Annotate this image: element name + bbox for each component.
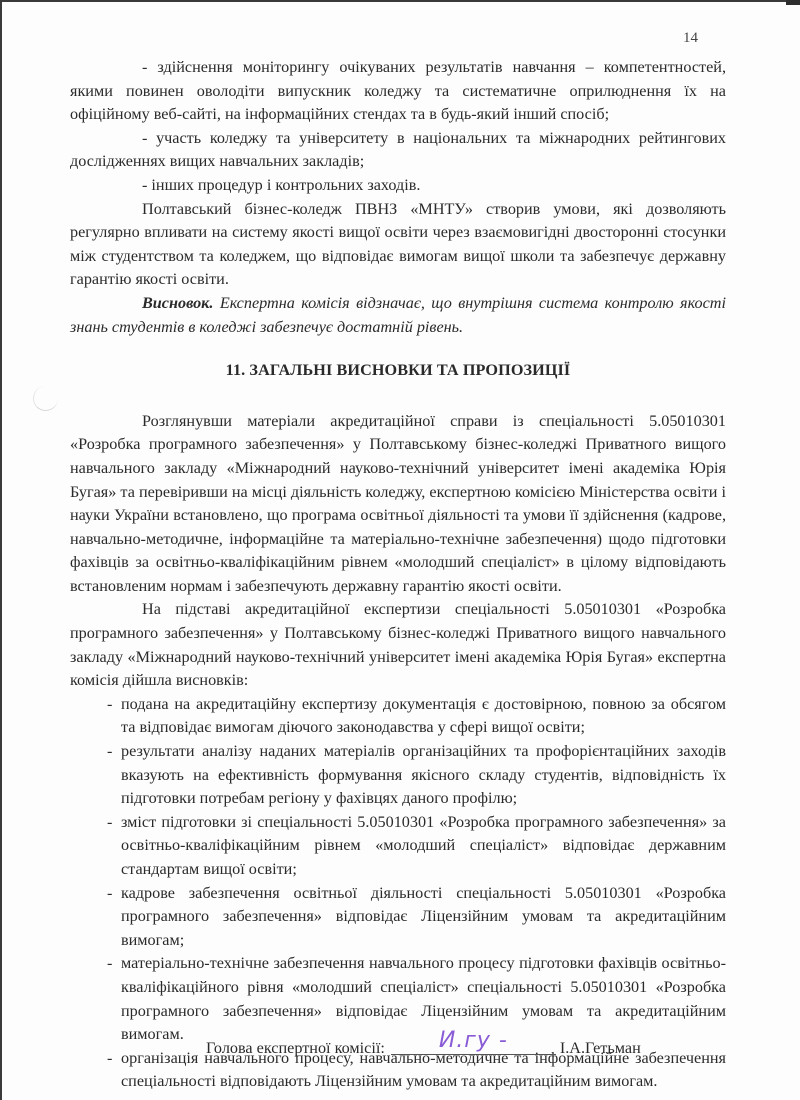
findings-list: -подана на акредитаційну експертизу доку… (70, 693, 726, 1094)
scan-edge-left (0, 0, 2, 1100)
conclusion-label: Висновок. (142, 294, 213, 312)
dash-bullet: - (107, 811, 112, 835)
signature-role-label: Голова експертної комісії: (206, 1039, 385, 1058)
handwritten-signature: И.гу - (439, 1028, 508, 1053)
college-paragraph: Полтавський бізнес-коледж ПВНЗ «МНТУ» ст… (70, 198, 726, 292)
section-heading: 11. ЗАГАЛЬНІ ВИСНОВКИ ТА ПРОПОЗИЦІЇ (70, 359, 726, 383)
scan-edge-top (0, 0, 800, 2)
document-page: 14 - здійснення моніторингу очікуваних р… (0, 0, 800, 1100)
finding-item: -зміст підготовки зі спеціальності 5.050… (70, 811, 726, 882)
punch-hole-mark (33, 386, 58, 411)
finding-item: -кадрове забезпечення освітньої діяльнос… (70, 882, 726, 953)
dash-bullet: - (107, 740, 112, 764)
intro-item: - інших процедур і контрольних заходів. (70, 174, 726, 198)
finding-text: зміст підготовки зі спеціальності 5.0501… (121, 813, 726, 878)
scan-edge-corner (786, 0, 800, 5)
finding-text: кадрове забезпечення освітньої діяльност… (121, 884, 726, 949)
dash-bullet: - (107, 882, 112, 906)
signatory-name: І.А.Гетьман (560, 1039, 641, 1058)
finding-text: матеріально-технічне забезпечення навчал… (121, 954, 726, 1043)
page-number: 14 (683, 30, 698, 47)
section-paragraph-1: Розглянувши матеріали акредитаційної спр… (70, 410, 726, 599)
finding-text: подана на акредитаційну експертизу докум… (121, 695, 726, 737)
dash-bullet: - (107, 1047, 112, 1071)
dash-bullet: - (107, 693, 112, 717)
intro-item: - здійснення моніторингу очікуваних резу… (70, 56, 726, 127)
conclusion-paragraph: Висновок. Експертна комісія відзначає, щ… (70, 292, 726, 339)
dash-bullet: - (107, 952, 112, 976)
finding-item: -результати аналізу наданих матеріалів о… (70, 740, 726, 811)
section-paragraph-2: На підставі акредитаційної експертизи сп… (70, 598, 726, 692)
intro-item: - участь коледжу та університету в націо… (70, 127, 726, 174)
signature-block: Голова експертної комісії: И.гу - І.А.Ге… (206, 1036, 641, 1058)
finding-item: -подана на акредитаційну експертизу доку… (70, 693, 726, 740)
signature-line: И.гу - (391, 1036, 556, 1055)
finding-item: -матеріально-технічне забезпечення навча… (70, 952, 726, 1046)
document-body: - здійснення моніторингу очікуваних резу… (70, 56, 726, 1094)
finding-text: результати аналізу наданих матеріалів ор… (121, 742, 726, 807)
